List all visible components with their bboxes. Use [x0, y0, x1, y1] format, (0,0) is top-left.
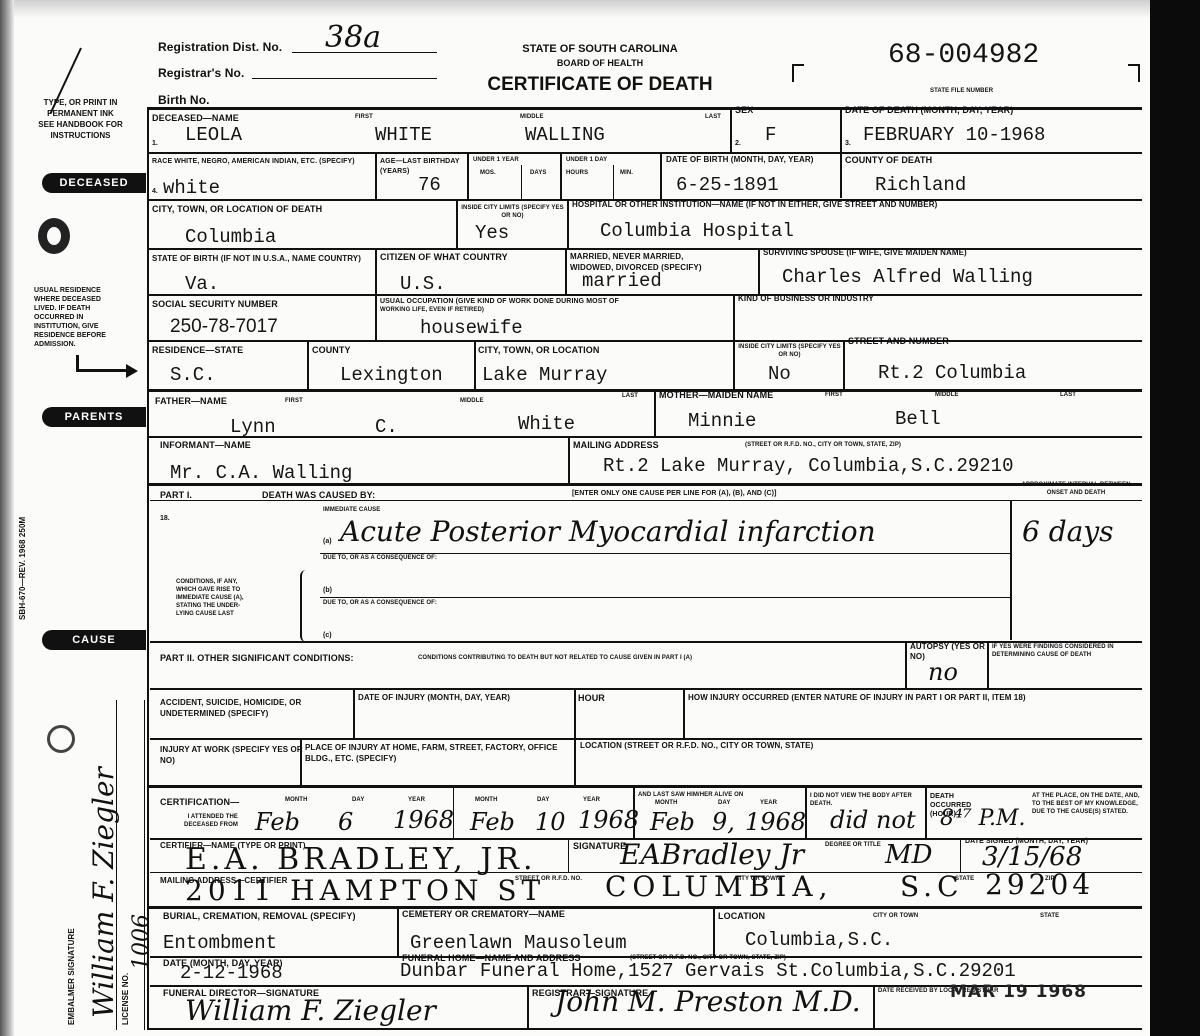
injury-hour-label: HOUR — [578, 693, 605, 703]
cause-line — [320, 597, 1010, 598]
note-line: LIVED. IF DEATH — [34, 304, 106, 313]
part2-hint: CONDITIONS CONTRIBUTING TO DEATH BUT NOT… — [418, 655, 692, 661]
burial-location: Columbia,S.C. — [745, 929, 893, 951]
marital-status: married — [582, 270, 662, 292]
note-line: WHICH GAVE RISE TO — [176, 586, 244, 594]
date-received-stamp: MAR 19 1968 — [950, 982, 1087, 1002]
divider — [375, 248, 377, 295]
informant-mailing-address: Rt.2 Lake Murray, Columbia,S.C.29210 — [603, 455, 1013, 477]
certifier-state: S.C — [900, 870, 964, 903]
birth-no-label: Birth No. — [158, 93, 210, 107]
res-city-label: CITY, TOWN, OR LOCATION — [478, 345, 599, 355]
row-divider — [147, 248, 1142, 250]
note-line: STATING THE UNDER- — [176, 602, 244, 610]
scan-right-edge — [1150, 0, 1200, 1036]
viewed-body-value: did not — [830, 806, 916, 834]
ink-instructions: TYPE, OR PRINT IN PERMANENT INK SEE HAND… — [18, 97, 143, 141]
note-line: OCCURRED IN — [34, 313, 106, 322]
marital-label: MARRIED, NEVER MARRIED, — [570, 252, 683, 261]
registration-dist-label: Registration Dist. No. — [158, 40, 282, 54]
cause-line — [320, 553, 1010, 554]
divider — [307, 340, 309, 390]
last-saw-month: Feb — [650, 808, 695, 836]
section-tab-deceased: DECEASED — [42, 173, 146, 193]
under-1-year-label: UNDER 1 YEAR — [473, 157, 519, 163]
certifier-signature: EABradley Jr — [620, 838, 804, 871]
surviving-spouse: Charles Alfred Walling — [782, 266, 1033, 288]
city-hint: CITY OR TOWN — [873, 913, 918, 919]
attended-to-year: 1968 — [578, 806, 639, 834]
occupation-label: USUAL OCCUPATION (GIVE KIND OF WORK DONE… — [380, 298, 619, 305]
part2-label: PART II. OTHER SIGNIFICANT CONDITIONS: — [160, 653, 354, 663]
frame-bottom — [147, 1028, 1142, 1030]
sex-label: SEX — [735, 105, 753, 115]
attended-label: I ATTENDED THE DECEASED FROM — [168, 813, 238, 829]
injury-date-label: DATE OF INJURY (MONTH, DAY, YEAR) — [358, 693, 510, 702]
county-of-death: Richland — [875, 174, 966, 196]
instruction-line: TYPE, OR PRINT IN — [18, 97, 143, 108]
res-inside-label: INSIDE CITY LIMITS (SPECIFY YES OR NO) — [737, 343, 842, 359]
due-to-label: DUE TO, OR AS A CONSEQUENCE OF: — [323, 600, 437, 606]
death-hour: 8⁴⁷ P.M. — [940, 806, 1026, 831]
state-of-birth: Va. — [185, 273, 219, 295]
mother-last: Bell — [895, 408, 941, 430]
divider — [1010, 500, 1012, 640]
section-divider — [147, 906, 1142, 909]
race-value: white — [163, 177, 220, 199]
autopsy-value: no — [928, 658, 958, 686]
divider — [660, 152, 662, 199]
cemetery-name: Greenlawn Mausoleum — [410, 932, 627, 954]
day-label: DAY — [718, 800, 730, 806]
inside-city-value: Yes — [475, 222, 509, 244]
middle-label: MIDDLE — [935, 392, 959, 398]
last-saw-label: AND LAST SAW HIM/HER ALIVE ON — [638, 792, 743, 798]
race-label: RACE WHITE, NEGRO, AMERICAN INDIAN, ETC.… — [152, 157, 372, 167]
caused-by-label: DEATH WAS CAUSED BY: — [262, 490, 375, 500]
deceased-first-name: LEOLA — [185, 124, 242, 146]
date-of-death: FEBRUARY 10-1968 — [863, 124, 1045, 146]
under-1-day-label: UNDER 1 DAY — [566, 157, 607, 163]
injury-manner-label: ACCIDENT, SUICIDE, HOMICIDE, OR UNDETERM… — [160, 697, 350, 719]
state-file-number-label: STATE FILE NUMBER — [930, 88, 993, 94]
spouse-label: SURVIVING SPOUSE (IF WIFE, GIVE MAIDEN N… — [763, 248, 967, 257]
days-label: DAYS — [530, 170, 547, 176]
embalmer-label: EMBALMER SIGNATURE — [67, 928, 76, 1025]
divider — [560, 152, 562, 199]
mother-label: MOTHER—MAIDEN NAME — [659, 390, 773, 400]
note-line: IMMEDIATE CAUSE (a), — [176, 594, 244, 602]
scan-top-edge — [0, 0, 1150, 18]
last-label: LAST — [1060, 392, 1076, 398]
res-city: Lake Murray — [482, 364, 607, 386]
middle-label: MIDDLE — [520, 114, 544, 120]
funeral-home: Dunbar Funeral Home,1527 Gervais St.Colu… — [400, 960, 1016, 982]
registration-dist-value: 38a — [325, 20, 381, 55]
divider — [456, 199, 458, 249]
note-line: WHERE DECEASED — [34, 295, 106, 304]
day-label: DAY — [352, 797, 364, 803]
dob-label: DATE OF BIRTH (MONTH, DAY, YEAR) — [666, 155, 836, 165]
county-of-death-label: COUNTY OF DEATH — [845, 155, 932, 165]
ssn-value: 250-78-7017 — [170, 316, 278, 338]
hospital-label: HOSPITAL OR OTHER INSTITUTION—NAME (IF N… — [572, 200, 937, 209]
citizen-value: U.S. — [400, 273, 446, 295]
divider — [527, 985, 529, 1030]
month-label: MONTH — [475, 797, 498, 803]
autopsy-findings-label: IF YES WERE FINDINGS CONSIDERED IN DETER… — [992, 643, 1140, 659]
hours-label: HOURS — [566, 170, 588, 176]
registrar-signature: John M. Preston M.D. — [555, 985, 861, 1018]
hole-punch-icon — [38, 218, 70, 254]
document-title: CERTIFICATE OF DEATH — [440, 74, 760, 96]
divider — [925, 788, 927, 838]
note-line: CONDITIONS, IF ANY, — [176, 578, 244, 586]
degree-label: DEGREE OR TITLE — [825, 842, 881, 848]
mos-label: MOS. — [480, 170, 496, 176]
row-divider — [147, 340, 1142, 342]
file-bracket-right — [1128, 64, 1140, 82]
divider — [521, 165, 522, 199]
divider — [565, 248, 567, 295]
divider — [453, 788, 454, 838]
due-to-label: DUE TO, OR AS A CONSEQUENCE OF: — [323, 555, 437, 561]
attended-from-month: Feb — [255, 808, 300, 836]
divider — [713, 907, 715, 957]
res-street-label: STREET AND NUMBER — [848, 336, 949, 346]
section-tab-parents: PARENTS — [42, 407, 146, 427]
instruction-line: INSTRUCTIONS — [18, 130, 143, 141]
divider — [467, 152, 469, 199]
certifier-zip: 29204 — [985, 868, 1094, 901]
frame-left — [147, 108, 149, 1030]
min-label: MIN. — [620, 170, 633, 176]
item-number: 18. — [160, 515, 170, 522]
date-of-death-label: DATE OF DEATH (MONTH, DAY, YEAR) — [845, 105, 1013, 115]
first-label: FIRST — [825, 392, 843, 398]
middle-label: MIDDLE — [460, 398, 484, 404]
day-label: DAY — [537, 797, 549, 803]
deceased-name-label: DECEASED—NAME — [152, 113, 239, 123]
city-of-death: Columbia — [185, 226, 276, 248]
res-state-label: RESIDENCE—STATE — [152, 345, 243, 355]
divider — [905, 641, 907, 688]
attended-from-day: 6 — [338, 808, 353, 836]
burial-date: 2-12-1968 — [180, 962, 283, 984]
state-of-birth-label: STATE OF BIRTH (IF NOT IN U.S.A., NAME C… — [152, 253, 367, 265]
item-number: 1. — [152, 140, 158, 147]
state-file-number: 68-004982 — [888, 40, 1039, 71]
divider — [730, 108, 732, 152]
divider — [633, 788, 635, 838]
attended-to-month: Feb — [470, 808, 515, 836]
divider — [960, 838, 961, 872]
divider — [567, 199, 569, 249]
occupation-label: WORKING LIFE, EVEN IF RETIRED) — [380, 307, 484, 313]
row-divider — [147, 294, 1142, 296]
divider — [733, 340, 735, 390]
attended-from-year: 1968 — [393, 806, 454, 834]
item-letter: (b) — [323, 587, 332, 594]
year-label: YEAR — [583, 797, 600, 803]
row-divider — [147, 152, 1142, 154]
res-state: S.C. — [170, 364, 216, 386]
funeral-director-signature: William F. Ziegler — [185, 994, 436, 1027]
father-middle: C. — [375, 416, 398, 438]
part1-label: PART I. — [160, 490, 192, 500]
citizen-label: CITIZEN OF WHAT COUNTRY — [380, 252, 508, 262]
divider — [568, 436, 570, 483]
res-inside-value: No — [768, 363, 791, 385]
last-label: LAST — [622, 393, 638, 399]
one-cause-hint: [ENTER ONLY ONE CAUSE PER LINE FOR (a), … — [572, 490, 777, 497]
certification-label: CERTIFICATION— — [160, 797, 239, 807]
month-label: MONTH — [285, 797, 308, 803]
file-bracket-left — [792, 64, 804, 82]
cause-a: Acute Posterior Myocardial infarction — [340, 515, 876, 548]
section-divider — [147, 389, 1142, 392]
last-saw-day: 9, — [712, 808, 735, 836]
section-tab-cause: CAUSE — [42, 630, 146, 650]
hole-punch-icon — [47, 725, 75, 753]
row-divider — [150, 688, 1142, 690]
first-label: FIRST — [355, 114, 373, 120]
note-line: INSTITUTION, GIVE — [34, 322, 106, 331]
divider — [353, 690, 355, 738]
deceased-last-name: WALLING — [525, 124, 605, 146]
divider — [733, 294, 735, 340]
board-name: BOARD OF HEALTH — [460, 58, 740, 68]
divider — [654, 390, 656, 436]
divider — [375, 294, 377, 340]
occupation-value: housewife — [420, 317, 523, 339]
res-county: Lexington — [340, 364, 443, 386]
section-divider — [147, 785, 1142, 788]
arrow-head — [126, 364, 138, 378]
row-divider — [147, 436, 1142, 438]
embalmer-line — [116, 700, 117, 1030]
informant-name: Mr. C.A. Walling — [170, 462, 352, 484]
divider — [843, 340, 845, 390]
row-divider — [150, 738, 1142, 740]
age-value: 76 — [418, 174, 441, 196]
dob-value: 6-25-1891 — [676, 174, 779, 196]
instruction-line: PERMANENT INK — [18, 108, 143, 119]
cemetery-label: CEMETERY OR CREMATORY—NAME — [402, 909, 565, 919]
deceased-middle-name: WHITE — [375, 124, 432, 146]
note-line: RESIDENCE BEFORE — [34, 331, 106, 340]
divider — [613, 165, 614, 199]
injury-location-label: LOCATION (STREET OR R.F.D. NO., CITY OR … — [580, 741, 813, 750]
certifier-street: 2011 HAMPTON ST — [185, 874, 545, 907]
divider — [397, 907, 399, 957]
divider — [375, 152, 377, 199]
certifier-degree: MD — [885, 840, 932, 870]
burial-method: Entombment — [163, 932, 277, 954]
business-label: KIND OF BUSINESS OR INDUSTRY — [738, 294, 874, 303]
cause-a-interval: 6 days — [1022, 515, 1114, 548]
license-label: LICENSE NO. — [121, 973, 130, 1025]
form-number: SBH-670—REV. 1968 250M — [18, 530, 30, 630]
immediate-cause-label: IMMEDIATE CAUSE — [323, 507, 380, 513]
hospital-value: Columbia Hospital — [600, 220, 794, 242]
informant-label: INFORMANT—NAME — [160, 440, 251, 450]
divider — [568, 838, 569, 872]
last-label: LAST — [705, 114, 721, 120]
conditions-note: CONDITIONS, IF ANY, WHICH GAVE RISE TO I… — [176, 578, 244, 618]
certification-statement: AT THE PLACE, ON THE DATE, AND, TO THE B… — [1032, 792, 1140, 816]
inside-city-label: INSIDE CITY LIMITS (SPECIFY YES OR NO) — [460, 204, 565, 220]
attended-to-day: 10 — [535, 808, 566, 836]
row-divider — [150, 500, 1142, 501]
divider — [987, 641, 989, 688]
certifier-city: COLUMBIA, — [605, 870, 833, 903]
item-letter: (c) — [323, 632, 332, 639]
embalmer-block: EMBALMER SIGNATURE William F. Ziegler LI… — [35, 700, 145, 1030]
month-label: MONTH — [655, 800, 678, 806]
burial-method-label: BURIAL, CREMATION, REMOVAL (SPECIFY) — [163, 911, 356, 921]
form-number-text: SBH-670—REV. 1968 250M — [18, 517, 27, 620]
license-value: 1006 — [129, 914, 154, 970]
father-label: FATHER—NAME — [155, 396, 227, 406]
item-letter: (a) — [323, 538, 332, 545]
item-number: 3. — [845, 140, 851, 147]
note-line: LYING CAUSE LAST — [176, 610, 244, 618]
mailing-hint: (STREET OR R.F.D. NO., CITY OR TOWN, STA… — [745, 442, 901, 448]
scan-left-edge — [0, 0, 14, 1036]
city-of-death-label: CITY, TOWN, OR LOCATION OF DEATH — [152, 204, 322, 214]
divider — [300, 738, 302, 786]
license-line — [144, 700, 145, 1030]
divider — [474, 340, 476, 390]
injury-at-work-label: INJURY AT WORK (SPECIFY YES OR NO) — [160, 744, 310, 766]
ssn-label: SOCIAL SECURITY NUMBER — [152, 299, 278, 309]
divider — [805, 788, 807, 838]
item-number: 4. — [152, 188, 158, 195]
divider — [758, 248, 760, 295]
item-number: 2. — [735, 140, 741, 147]
brace — [300, 570, 307, 642]
registrars-no-label: Registrar's No. — [158, 66, 244, 80]
mother-first: Minnie — [688, 410, 756, 432]
arrow-shaft — [76, 369, 128, 372]
section-divider — [147, 483, 1142, 486]
father-last: White — [518, 413, 575, 435]
interval-label: APPROXIMATE INTERVAL BETWEEN ONSET AND D… — [1012, 481, 1140, 497]
state-name: STATE OF SOUTH CAROLINA — [460, 43, 740, 55]
father-first: Lynn — [230, 416, 276, 438]
injury-how-label: HOW INJURY OCCURRED (ENTER NATURE OF INJ… — [688, 693, 1026, 702]
year-label: YEAR — [760, 800, 777, 806]
year-label: YEAR — [408, 797, 425, 803]
registrars-no-line — [252, 78, 437, 79]
injury-place-label: PLACE OF INJURY AT HOME, FARM, STREET, F… — [305, 742, 570, 764]
divider — [683, 690, 685, 738]
state-hint: STATE — [1040, 913, 1059, 919]
note-line: USUAL RESIDENCE — [34, 286, 106, 295]
divider — [873, 985, 875, 1030]
res-county-label: COUNTY — [312, 345, 351, 355]
residence-note: USUAL RESIDENCE WHERE DECEASED LIVED. IF… — [34, 286, 106, 349]
sex-value: F — [765, 124, 776, 146]
signature-label: SIGNATURE — [573, 841, 626, 851]
note-line: ADMISSION. — [34, 340, 106, 349]
last-saw-year: 1968 — [745, 808, 806, 836]
burial-location-label: LOCATION — [718, 911, 765, 921]
first-label: FIRST — [285, 398, 303, 404]
mailing-address-label: MAILING ADDRESS — [573, 440, 659, 450]
res-street: Rt.2 Columbia — [878, 362, 1026, 384]
instruction-line: SEE HANDBOOK FOR — [18, 119, 143, 130]
